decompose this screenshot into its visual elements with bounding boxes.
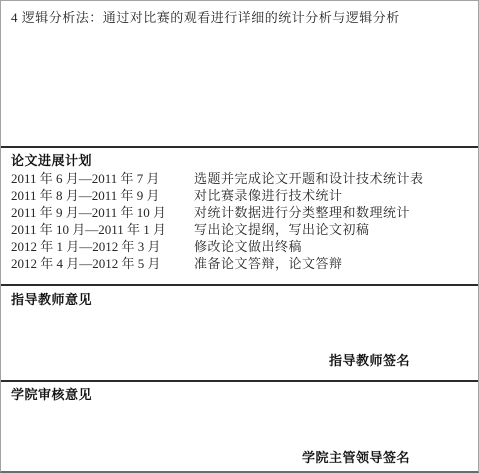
plan-task: 写出论文提纲，写出论文初稿 [194, 221, 468, 238]
plan-row: 2011 年 9 月—2011 年 10 月 对统计数据进行分类整理和数理统计 [11, 204, 468, 221]
plan-period: 2012 年 1 月—2012 年 3 月 [11, 238, 194, 255]
plan-period: 2011 年 10 月—2011 年 1 月 [11, 221, 194, 238]
advisor-signature-label: 指导教师签名 [329, 350, 410, 369]
advisor-opinion-title: 指导教师意见 [11, 291, 468, 309]
plan-period: 2011 年 8 月—2011 年 9 月 [11, 187, 194, 204]
plan-task: 选题并完成论文开题和设计技术统计表 [194, 170, 468, 187]
plan-period: 2011 年 9 月—2011 年 10 月 [11, 204, 194, 221]
research-method-section: 4 逻辑分析法：通过对比赛的观看进行详细的统计分析与逻辑分析 [1, 1, 478, 146]
progress-plan-section: 论文进展计划 2011 年 6 月—2011 年 7 月 选题并完成论文开题和设… [1, 148, 478, 284]
plan-task: 对统计数据进行分类整理和数理统计 [194, 204, 468, 221]
plan-period: 2012 年 4 月—2012 年 5 月 [11, 255, 194, 272]
college-leader-signature-label: 学院主管领导签名 [302, 447, 410, 466]
thesis-plan-form-page: 4 逻辑分析法：通过对比赛的观看进行详细的统计分析与逻辑分析 论文进展计划 20… [0, 0, 479, 473]
college-review-title: 学院审核意见 [11, 386, 468, 404]
plan-row: 2012 年 1 月—2012 年 3 月 修改论文做出终稿 [11, 238, 468, 255]
method-line-text: 4 逻辑分析法：通过对比赛的观看进行详细的统计分析与逻辑分析 [11, 9, 468, 27]
plan-row: 2011 年 8 月—2011 年 9 月 对比赛录像进行技术统计 [11, 187, 468, 204]
plan-row: 2012 年 4 月—2012 年 5 月 准备论文答辩，论文答辩 [11, 255, 468, 272]
plan-task: 修改论文做出终稿 [194, 238, 468, 255]
plan-row: 2011 年 10 月—2011 年 1 月 写出论文提纲，写出论文初稿 [11, 221, 468, 238]
progress-plan-title: 论文进展计划 [11, 151, 468, 170]
plan-period: 2011 年 6 月—2011 年 7 月 [11, 170, 194, 187]
advisor-opinion-section: 指导教师意见 指导教师签名 [1, 286, 478, 380]
plan-task: 准备论文答辩，论文答辩 [194, 255, 468, 272]
plan-row: 2011 年 6 月—2011 年 7 月 选题并完成论文开题和设计技术统计表 [11, 170, 468, 187]
plan-task: 对比赛录像进行技术统计 [194, 187, 468, 204]
college-review-section: 学院审核意见 学院主管领导签名 [1, 382, 478, 472]
